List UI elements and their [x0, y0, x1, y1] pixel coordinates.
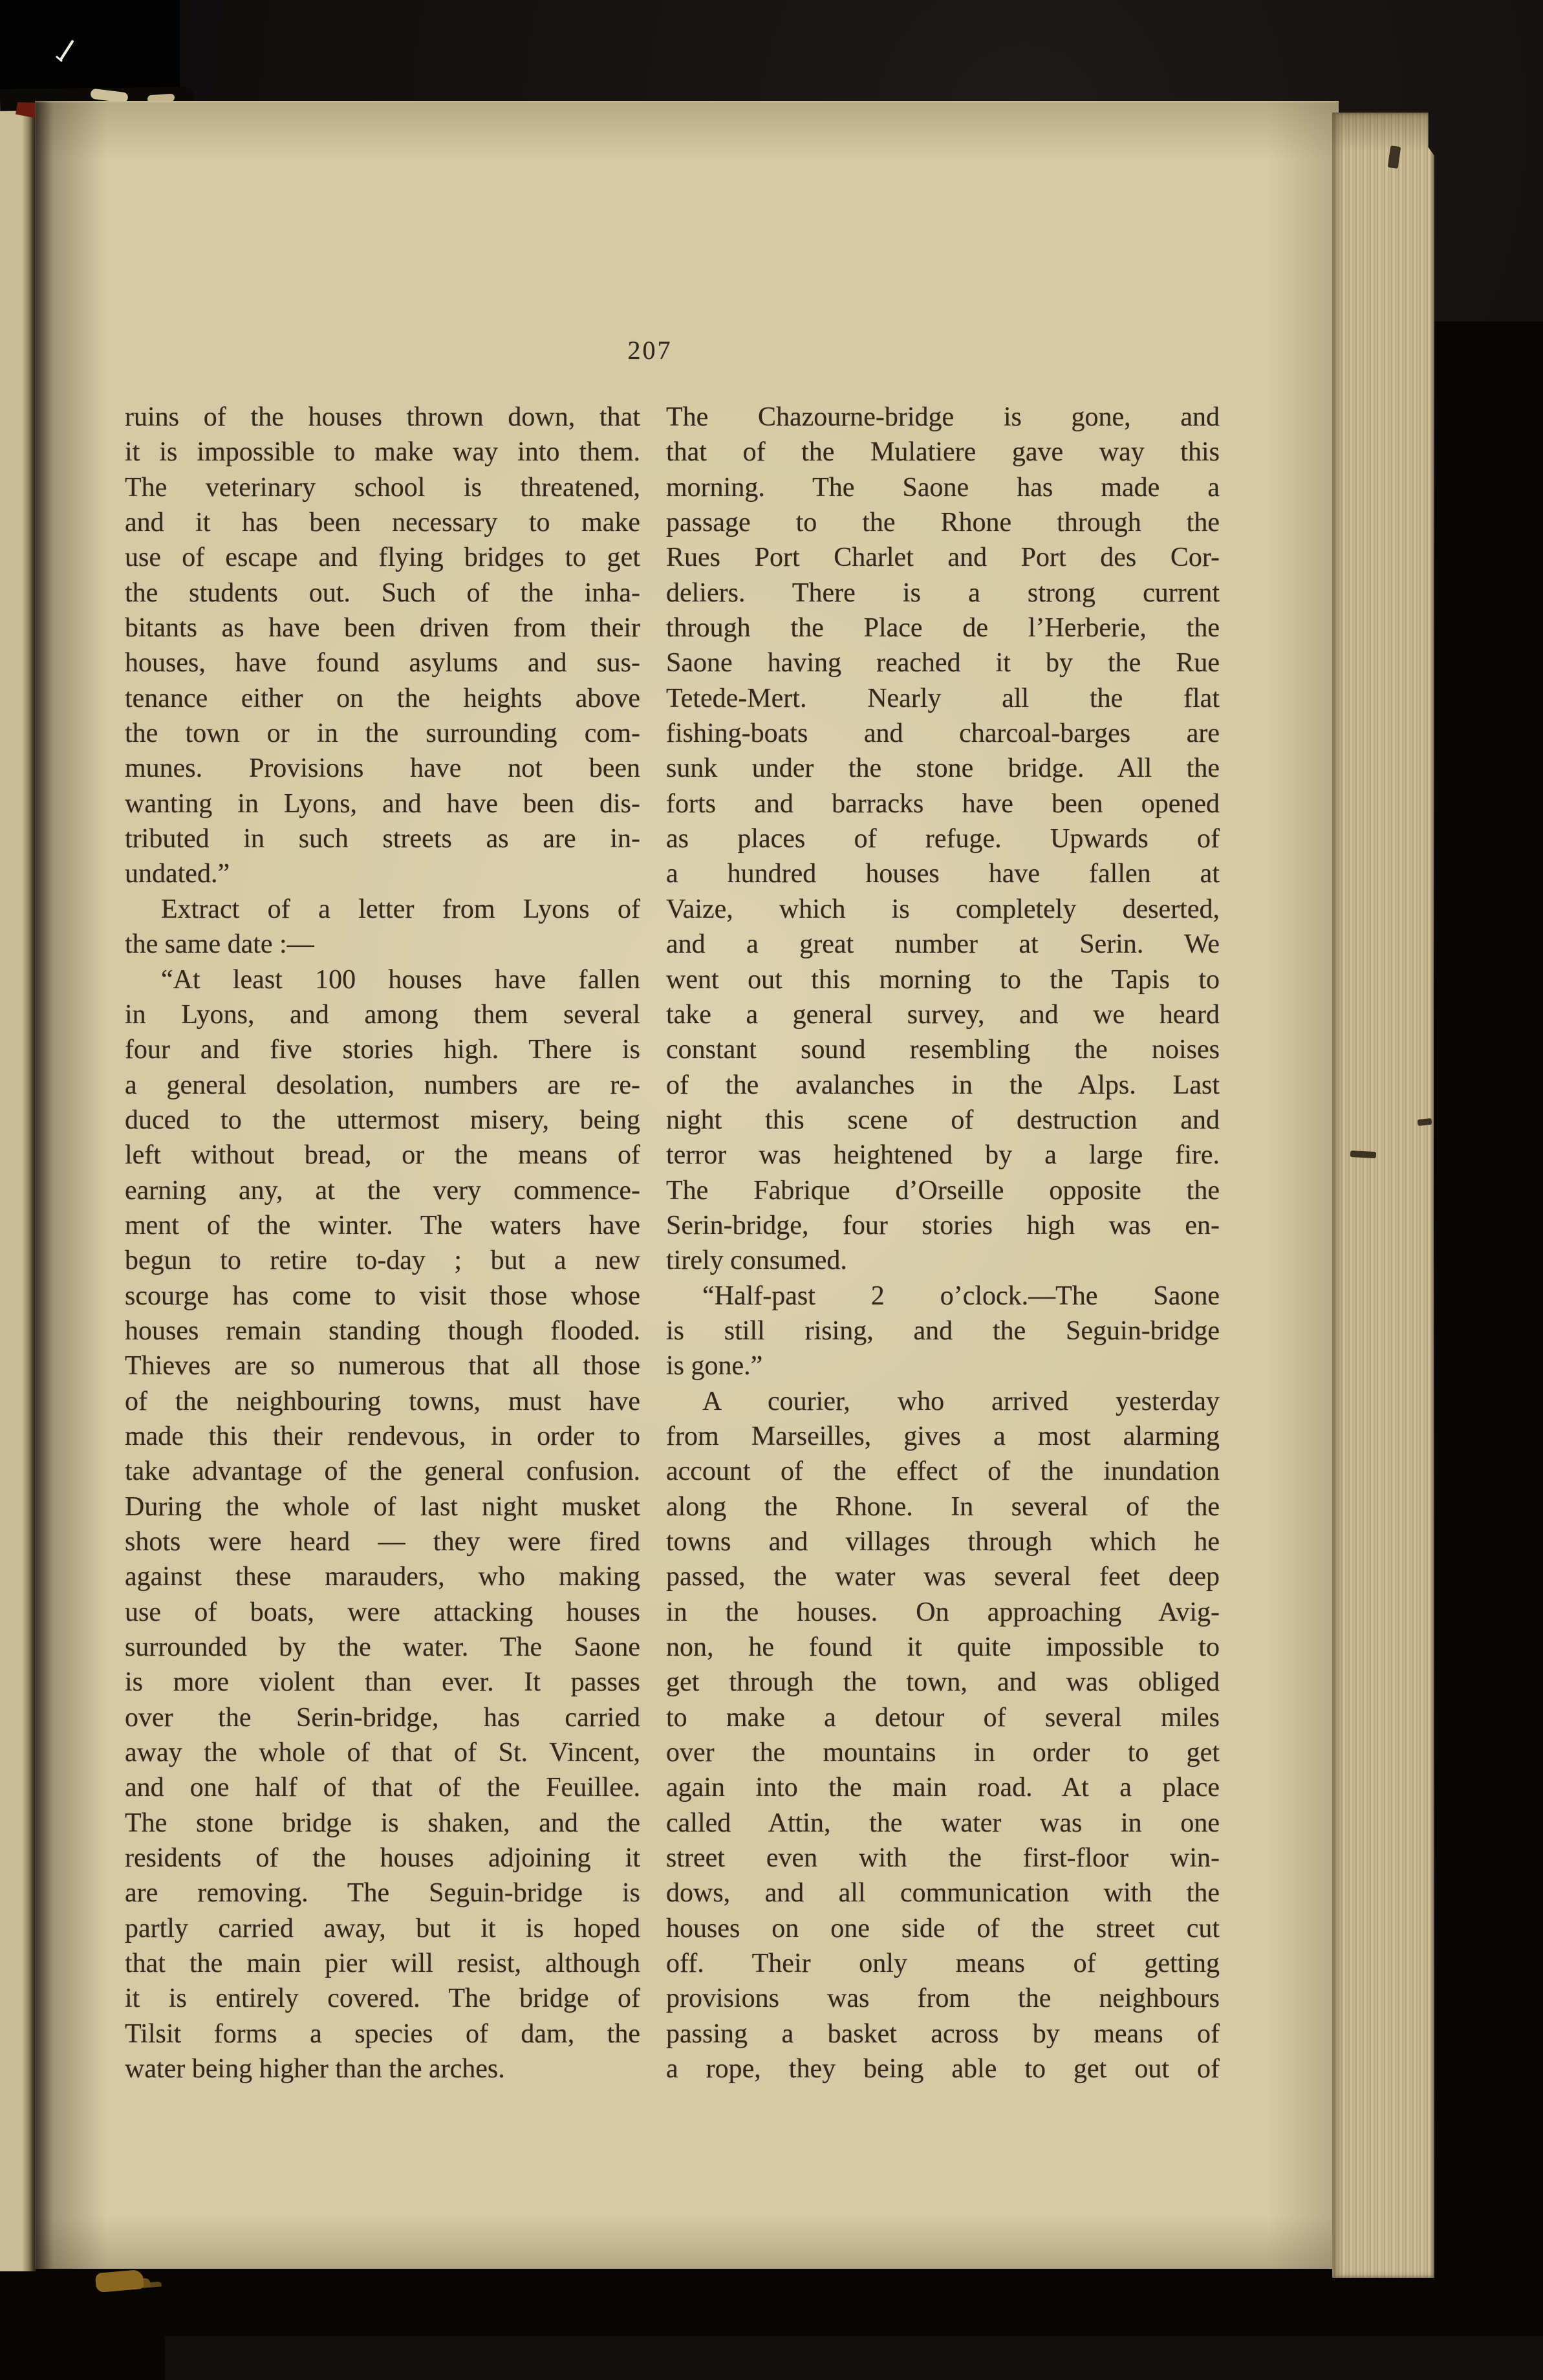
text-line: is gone.”	[666, 1348, 1220, 1383]
text-line: towns and villages through which he	[666, 1524, 1220, 1559]
text-line: in the houses. On approaching Avig-	[666, 1595, 1220, 1630]
background-cloth-bottom	[165, 2336, 1543, 2380]
text-line: The stone bridge is shaken, and the	[125, 1806, 640, 1841]
text-line: in Lyons, and among them several	[125, 997, 640, 1032]
binding-gilt-mark	[95, 2269, 144, 2293]
fore-edge-speck	[1350, 1151, 1376, 1158]
text-line: constant sound resembling the noises	[666, 1032, 1220, 1067]
text-line: earning any, at the very commence-	[125, 1173, 640, 1208]
text-line: undated.”	[125, 856, 640, 891]
fore-edge-speck	[1418, 1118, 1432, 1126]
text-line: left without bread, or the means of	[125, 1138, 640, 1173]
text-line: The Chazourne-bridge is gone, and	[666, 400, 1220, 435]
text-line: ment of the winter. The waters have	[125, 1208, 640, 1243]
text-line: passage to the Rhone through the	[666, 505, 1220, 540]
text-line: to make a detour of several miles	[666, 1700, 1220, 1735]
text-line: the same date :—	[125, 927, 640, 962]
text-line: The Fabrique d’Orseille opposite the	[666, 1173, 1220, 1208]
text-line: sunk under the stone bridge. All the	[666, 751, 1220, 786]
page-number: 207	[610, 332, 690, 369]
text-line: through the Place de l’Herberie, the	[666, 611, 1220, 645]
text-line: scourge has come to visit those whose	[125, 1279, 640, 1314]
text-line: tenance either on the heights above	[125, 681, 640, 716]
text-line: over the mountains in order to get	[666, 1735, 1220, 1770]
text-line: tirely consumed.	[666, 1243, 1220, 1278]
text-line: it is entirely covered. The bridge of	[125, 1981, 640, 2016]
text-line: a hundred houses have fallen at	[666, 856, 1220, 891]
text-line: night this scene of destruction and	[666, 1103, 1220, 1138]
text-line: from Marseilles, gives a most alarming	[666, 1419, 1220, 1454]
book-page: 207 ruins of the houses thrown down, tha…	[35, 101, 1339, 2269]
text-line: ruins of the houses thrown down, that	[125, 400, 640, 435]
text-line: During the whole of last night musket	[125, 1489, 640, 1524]
text-line: non, he found it quite impossible to	[666, 1630, 1220, 1665]
text-line: take advantage of the general confusion.	[125, 1454, 640, 1489]
text-line: dows, and all communication with the	[666, 1876, 1220, 1910]
text-line: and a great number at Serin. We	[666, 927, 1220, 962]
text-line: houses remain standing though flooded.	[125, 1314, 640, 1348]
text-line: went out this morning to the Tapis to	[666, 962, 1220, 997]
text-line: of the avalanches in the Alps. Last	[666, 1068, 1220, 1103]
text-line: is more violent than ever. It passes	[125, 1665, 640, 1700]
fore-edge-speck	[1388, 146, 1401, 169]
text-line: Vaize, which is completely deserted,	[666, 892, 1220, 927]
text-line: partly carried away, but it is hoped	[125, 1911, 640, 1946]
text-line: “At least 100 houses have fallen	[125, 962, 640, 997]
text-column-right: The Chazourne-bridge is gone, andthat of…	[666, 400, 1220, 2087]
text-line: is still rising, and the Seguin-bridge	[666, 1314, 1220, 1348]
text-line: passing a basket across by means of	[666, 2017, 1220, 2051]
text-line: use of escape and flying bridges to get	[125, 540, 640, 575]
text-line: made this their rendevous, in order to	[125, 1419, 640, 1454]
book-photo: 207 ruins of the houses thrown down, tha…	[0, 0, 1543, 2380]
text-line: Serin-bridge, four stories high was en-	[666, 1208, 1220, 1243]
text-line: “Half-past 2 o’clock.—The Saone	[666, 1279, 1220, 1314]
text-line: get through the town, and was obliged	[666, 1665, 1220, 1700]
text-line: away the whole of that of St. Vincent,	[125, 1735, 640, 1770]
text-column-left: ruins of the houses thrown down, thatit …	[125, 400, 640, 2087]
text-line: that the main pier will resist, although	[125, 1946, 640, 1981]
text-line: that of the Mulatiere gave way this	[666, 435, 1220, 470]
fore-edge-pages	[1332, 113, 1434, 2278]
text-line: A courier, who arrived yesterday	[666, 1384, 1220, 1419]
text-line: against these marauders, who making	[125, 1559, 640, 1594]
text-line: Rues Port Charlet and Port des Cor-	[666, 540, 1220, 575]
text-line: Extract of a letter from Lyons of	[125, 892, 640, 927]
text-line: the town or in the surrounding com-	[125, 716, 640, 751]
text-line: and it has been necessary to make	[125, 505, 640, 540]
text-line: and one half of that of the Feuillee.	[125, 1770, 640, 1805]
text-line: wanting in Lyons, and have been dis-	[125, 786, 640, 821]
text-line: are removing. The Seguin-bridge is	[125, 1876, 640, 1910]
text-line: called Attin, the water was in one	[666, 1806, 1220, 1841]
text-line: Saone having reached it by the Rue	[666, 645, 1220, 680]
text-line: of the neighbouring towns, must have	[125, 1384, 640, 1419]
text-line: deliers. There is a strong current	[666, 576, 1220, 611]
text-line: bitants as have been driven from their	[125, 611, 640, 645]
text-line: forts and barracks have been opened	[666, 786, 1220, 821]
text-line: munes. Provisions have not been	[125, 751, 640, 786]
text-line: tributed in such streets as are in-	[125, 821, 640, 856]
text-line: morning. The Saone has made a	[666, 470, 1220, 505]
text-line: the students out. Such of the inha-	[125, 576, 640, 611]
text-line: passed, the water was several feet deep	[666, 1559, 1220, 1594]
white-scratch-mark	[54, 38, 85, 69]
text-line: a general desolation, numbers are re-	[125, 1068, 640, 1103]
text-line: houses on one side of the street cut	[666, 1911, 1220, 1946]
facing-page-edge	[0, 97, 36, 2271]
text-line: houses, have found asylums and sus-	[125, 645, 640, 680]
text-line: terror was heightened by a large fire.	[666, 1138, 1220, 1173]
text-line: residents of the houses adjoining it	[125, 1841, 640, 1876]
text-line: begun to retire to-day ; but a new	[125, 1243, 640, 1278]
text-line: fishing-boats and charcoal-barges are	[666, 716, 1220, 751]
text-line: street even with the first-floor win-	[666, 1841, 1220, 1876]
text-line: four and five stories high. There is	[125, 1032, 640, 1067]
text-line: Tilsit forms a species of dam, the	[125, 2017, 640, 2051]
text-line: use of boats, were attacking houses	[125, 1595, 640, 1630]
text-line: surrounded by the water. The Saone	[125, 1630, 640, 1665]
text-line: as places of refuge. Upwards of	[666, 821, 1220, 856]
text-line: duced to the uttermost misery, being	[125, 1103, 640, 1138]
text-line: The veterinary school is threatened,	[125, 470, 640, 505]
text-line: Tetede-Mert. Nearly all the flat	[666, 681, 1220, 716]
text-line: a rope, they being able to get out of	[666, 2051, 1220, 2086]
text-line: take a general survey, and we heard	[666, 997, 1220, 1032]
text-line: Thieves are so numerous that all those	[125, 1348, 640, 1383]
text-line: account of the effect of the inundation	[666, 1454, 1220, 1489]
text-line: along the Rhone. In several of the	[666, 1489, 1220, 1524]
text-line: shots were heard — they were fired	[125, 1524, 640, 1559]
text-line: water being higher than the arches.	[125, 2051, 640, 2086]
text-line: it is impossible to make way into them.	[125, 435, 640, 470]
text-line: off. Their only means of getting	[666, 1946, 1220, 1981]
text-line: over the Serin-bridge, has carried	[125, 1700, 640, 1735]
text-line: provisions was from the neighbours	[666, 1981, 1220, 2016]
text-line: again into the main road. At a place	[666, 1770, 1220, 1805]
